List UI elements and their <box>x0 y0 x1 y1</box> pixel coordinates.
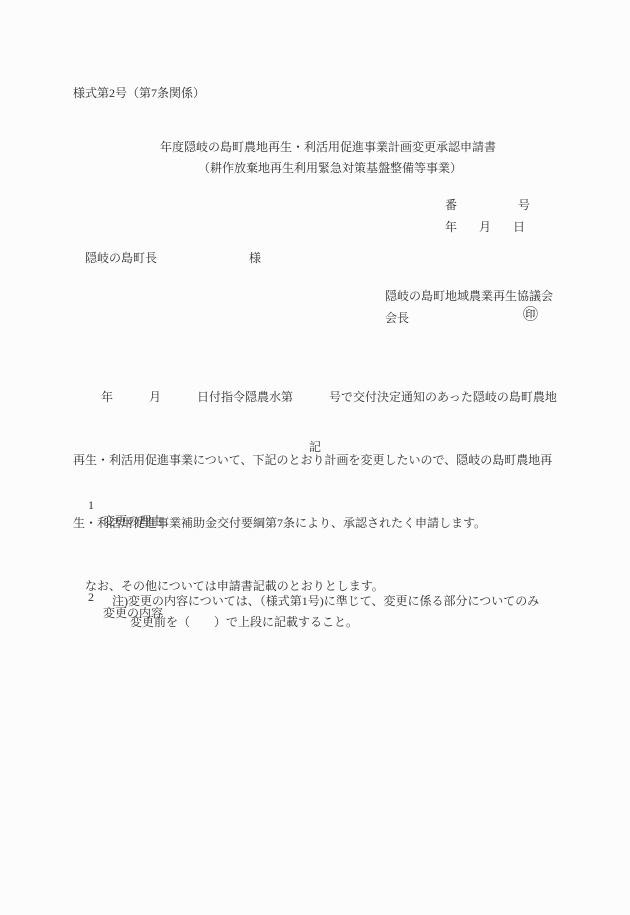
date-label-year: 年 <box>445 219 457 235</box>
doc-number-label-ban: 番 <box>445 197 457 213</box>
addressee-name: 隠岐の島町長 <box>85 250 157 266</box>
date-label-day: 日 <box>513 219 525 235</box>
sender-title: 会長 <box>385 310 409 326</box>
document-page: 様式第2号（第7条関係） 年度隠岐の島町農地再生・利活用促進事業計画変更承認申請… <box>0 0 630 915</box>
document-title: 年度隠岐の島町農地再生・利活用促進事業計画変更承認申請書 <box>160 139 496 155</box>
section-2-note-line-2: 変更前を（ ）で上段に記載すること。 <box>130 614 358 630</box>
record-marker: 記 <box>0 439 630 455</box>
section-2-note-line-1: 注)変更の内容については、（様式第1号)に準じて、変更に係る部分についてのみ <box>112 593 539 609</box>
section-2-number: 2 <box>88 589 94 605</box>
section-1-number: 1 <box>88 497 94 513</box>
form-number: 様式第2号（第7条関係） <box>73 85 205 101</box>
date-label-month: 月 <box>479 219 491 235</box>
body-line-1: 年 月 日付指令隠農水第 号で交付決定通知のあった隠岐の島町農地 <box>101 387 573 408</box>
section-1-heading: 1 変更の理由 <box>76 481 163 545</box>
sender-organization: 隠岐の島町地域農業再生協議会 <box>385 288 553 304</box>
seal-mark-icon: ㊞ <box>523 308 538 323</box>
addressee-honorific: 様 <box>249 250 261 266</box>
doc-number-label-gou: 号 <box>518 197 530 213</box>
section-1-label: 変更の理由 <box>103 513 163 529</box>
document-subtitle: （耕作放棄地再生利用緊急対策基盤整備等事業） <box>198 160 462 176</box>
